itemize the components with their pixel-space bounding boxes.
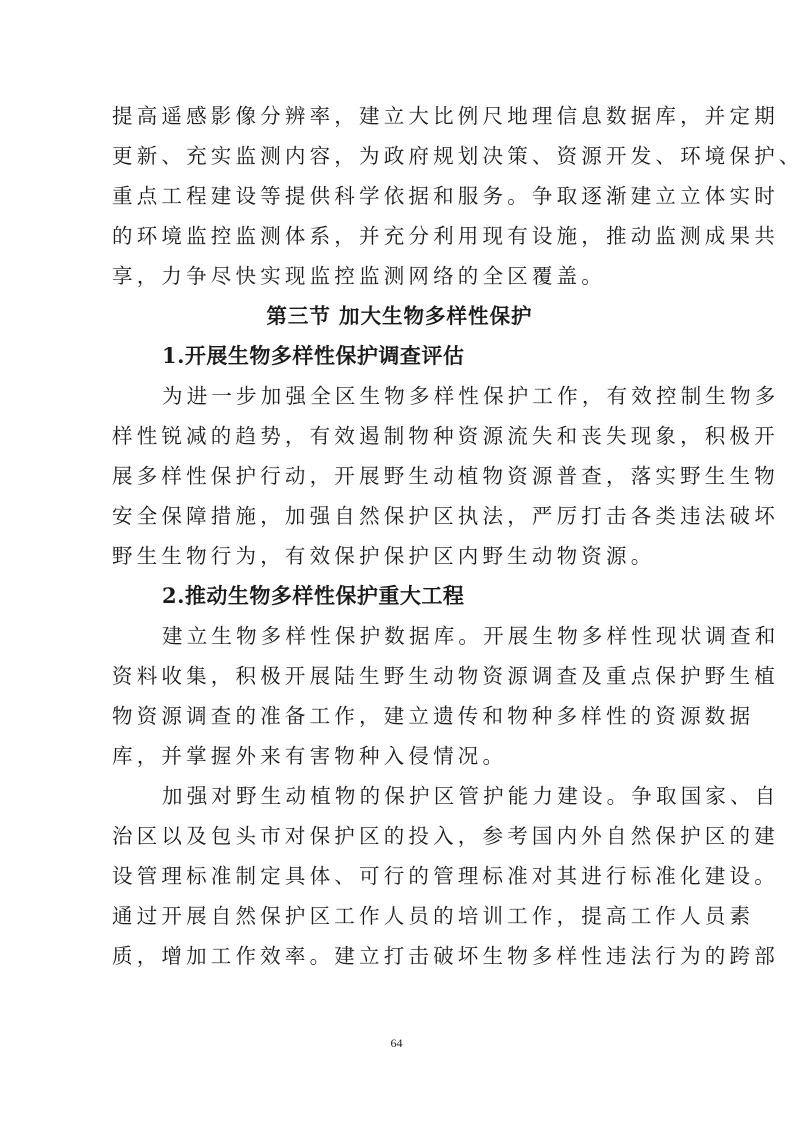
body-line: 享，力争尽快实现监控监测网络的全区覆盖。 xyxy=(112,256,687,296)
paragraph-line: 设管理标准制定具体、可行的管理标准对其进行标准化建设。 xyxy=(112,856,687,896)
paragraph-line: 加强对野生动植物的保护区管护能力建设。争取国家、自 xyxy=(112,776,687,816)
paragraph-line: 通过开展自然保护区工作人员的培训工作，提高工作人员素 xyxy=(112,896,687,936)
paragraph-line: 样性锐减的趋势，有效遏制物种资源流失和丧失现象，积极开 xyxy=(112,416,687,456)
body-line: 重点工程建设等提供科学依据和服务。争取逐渐建立立体实时 xyxy=(112,176,687,216)
paragraph-line: 安全保障措施，加强自然保护区执法，严厉打击各类违法破坏 xyxy=(112,496,687,536)
page-number: 64 xyxy=(0,1036,793,1051)
document-page: 提高遥感影像分辨率，建立大比例尺地理信息数据库，并定期 更新、充实监测内容，为政… xyxy=(112,96,687,976)
paragraph-line: 库，并掌握外来有害物种入侵情况。 xyxy=(112,736,687,776)
paragraph-line: 质，增加工作效率。建立打击破坏生物多样性违法行为的跨部 xyxy=(112,936,687,976)
paragraph-line: 物资源调查的准备工作，建立遗传和物种多样性的资源数据 xyxy=(112,696,687,736)
paragraph-line: 治区以及包头市对保护区的投入，参考国内外自然保护区的建 xyxy=(112,816,687,856)
subsection-heading-2: 2.推动生物多样性保护重大工程 xyxy=(112,576,687,616)
section-title: 第三节 加大生物多样性保护 xyxy=(112,296,687,336)
paragraph-line: 野生生物行为，有效保护保护区内野生动物资源。 xyxy=(112,536,687,576)
paragraph-line: 资料收集，积极开展陆生野生动物资源调查及重点保护野生植 xyxy=(112,656,687,696)
paragraph-line: 展多样性保护行动，开展野生动植物资源普查，落实野生生物 xyxy=(112,456,687,496)
paragraph-line: 建立生物多样性保护数据库。开展生物多样性现状调查和 xyxy=(112,616,687,656)
body-line: 的环境监控监测体系，并充分利用现有设施，推动监测成果共 xyxy=(112,216,687,256)
body-line: 更新、充实监测内容，为政府规划决策、资源开发、环境保护、 xyxy=(112,136,687,176)
body-line: 提高遥感影像分辨率，建立大比例尺地理信息数据库，并定期 xyxy=(112,96,687,136)
paragraph-line: 为进一步加强全区生物多样性保护工作，有效控制生物多 xyxy=(112,376,687,416)
subsection-heading-1: 1.开展生物多样性保护调查评估 xyxy=(112,336,687,376)
